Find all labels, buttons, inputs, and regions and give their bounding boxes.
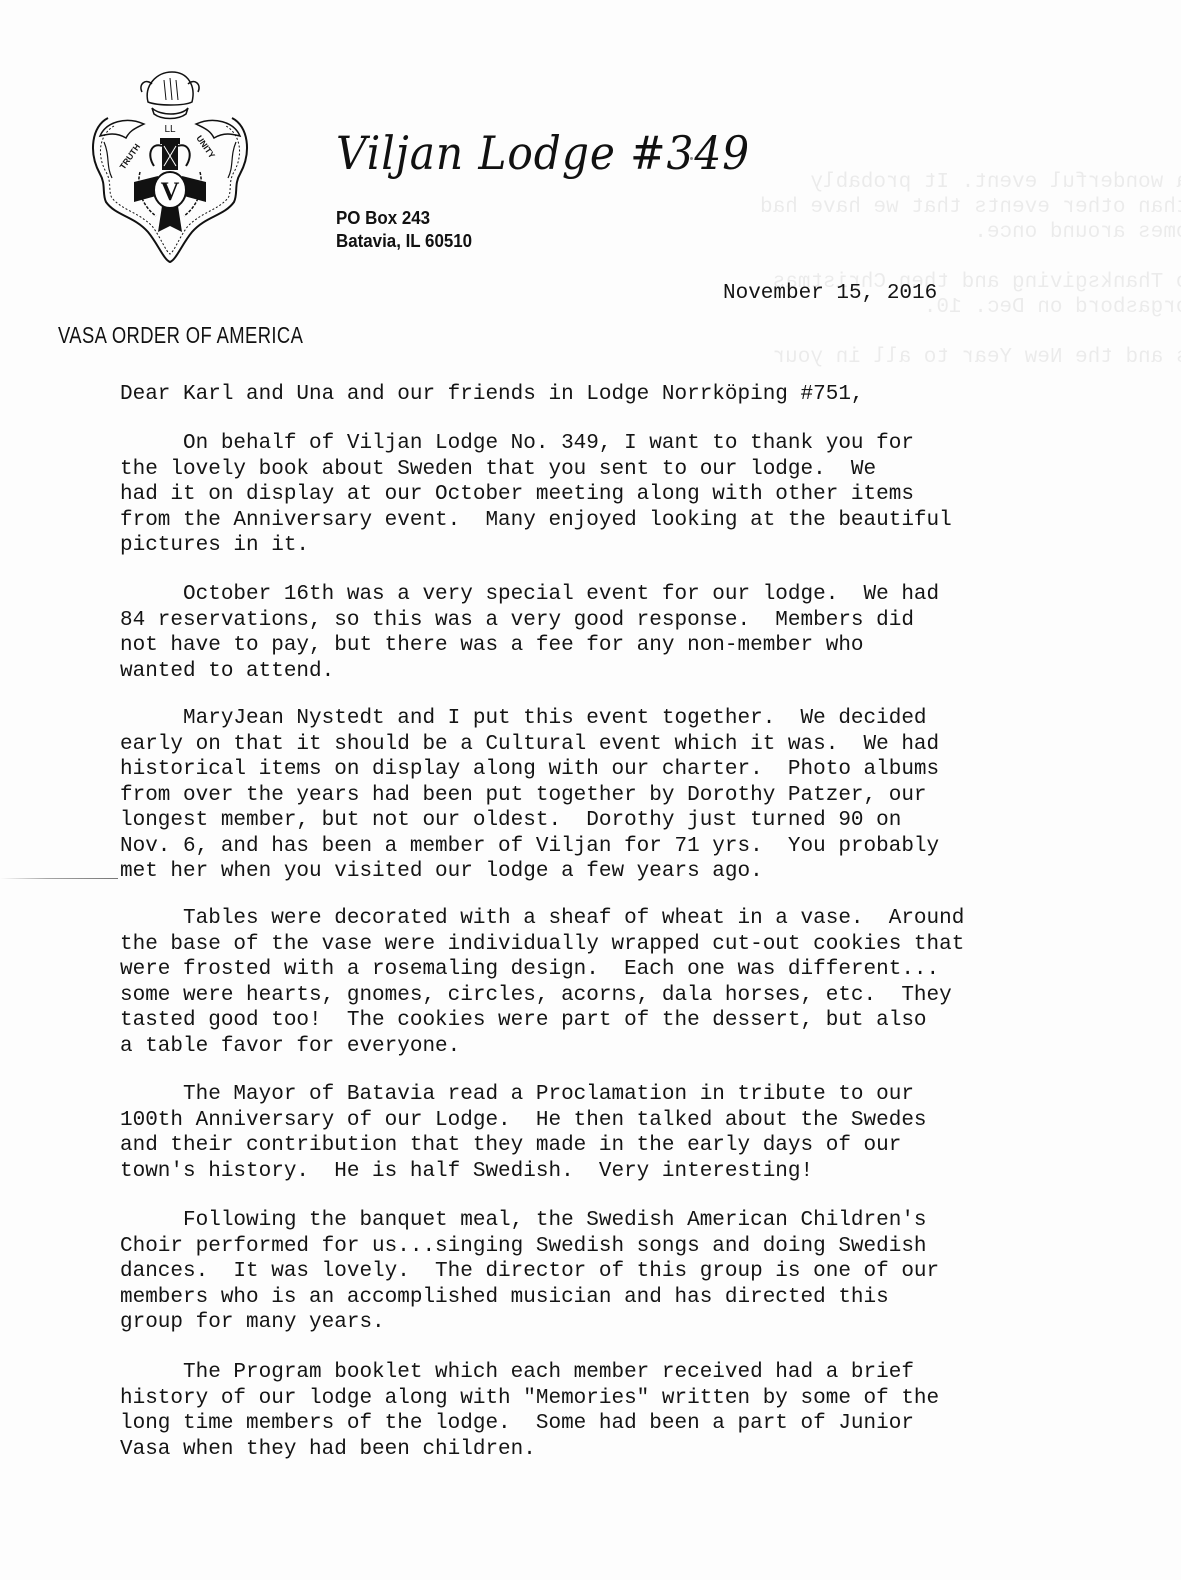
letter-page: Needless to say, it was a wonderful even… xyxy=(0,0,1181,1580)
text-line: long time members of the lodge. Some had… xyxy=(120,1413,914,1434)
text-line: wanted to attend. xyxy=(120,661,334,682)
text-line: not have to pay, but there was a fee for… xyxy=(120,635,864,656)
text-line: met her when you visited our lodge a few… xyxy=(120,861,763,882)
text-line: Following the banquet meal, the Swedish … xyxy=(120,1210,927,1231)
text-line: MaryJean Nystedt and I put this event to… xyxy=(120,708,927,729)
svg-text:TRUTH: TRUTH xyxy=(117,142,142,171)
text-line: the base of the vase were individually w… xyxy=(120,934,964,955)
text-line: had it on display at our October meeting… xyxy=(120,484,914,505)
organization-name: VASA ORDER OF AMERICA xyxy=(58,322,303,349)
text-line: were frosted with a rosemaling design. E… xyxy=(120,959,939,980)
text-line: some were hearts, gnomes, circles, acorn… xyxy=(120,985,952,1006)
address-line-2: Batavia, IL 60510 xyxy=(336,231,472,252)
text-line: historical items on display along with o… xyxy=(120,759,939,780)
text-line: from over the years had been put togethe… xyxy=(120,785,927,806)
text-line: group for many years. xyxy=(120,1312,385,1333)
stray-mark xyxy=(690,157,693,160)
text-line: 100th Anniversary of our Lodge. He then … xyxy=(120,1110,927,1131)
svg-text:LL: LL xyxy=(164,124,176,135)
text-line: Tables were decorated with a sheaf of wh… xyxy=(120,908,964,929)
text-line: dances. It was lovely. The director of t… xyxy=(120,1261,939,1282)
text-line: pictures in it. xyxy=(120,535,309,556)
address-line-1: PO Box 243 xyxy=(336,208,430,229)
text-line: On behalf of Viljan Lodge No. 349, I wan… xyxy=(120,433,914,454)
text-line: The Program booklet which each member re… xyxy=(120,1362,914,1383)
text-line: early on that it should be a Cultural ev… xyxy=(120,734,939,755)
text-line: The Mayor of Batavia read a Proclamation… xyxy=(120,1084,914,1105)
salutation: Dear Karl and Una and our friends in Lod… xyxy=(120,384,864,405)
lodge-name: Viljan Lodge #349 xyxy=(336,126,750,180)
text-line: October 16th was a very special event fo… xyxy=(120,584,939,605)
text-line: Nov. 6, and has been a member of Viljan … xyxy=(120,836,939,857)
text-line: town's history. He is half Swedish. Very… xyxy=(120,1161,813,1182)
text-line: a table favor for everyone. xyxy=(120,1036,460,1057)
svg-text:V: V xyxy=(161,177,180,206)
vasa-order-crest-icon: LL TRUTH UNITY V xyxy=(86,66,254,266)
text-line: from the Anniversary event. Many enjoyed… xyxy=(120,510,952,531)
letter-date: November 15, 2016 xyxy=(723,283,937,304)
text-line: longest member, but not our oldest. Doro… xyxy=(120,810,901,831)
text-line: Choir performed for us...singing Swedish… xyxy=(120,1236,927,1257)
text-line: and their contribution that they made in… xyxy=(120,1135,901,1156)
text-line: members who is an accomplished musician … xyxy=(120,1287,889,1308)
text-line: the lovely book about Sweden that you se… xyxy=(120,459,876,480)
text-line: Vasa when they had been children. xyxy=(120,1439,536,1460)
text-line: history of our lodge along with "Memorie… xyxy=(120,1388,939,1409)
text-line: tasted good too! The cookies were part o… xyxy=(120,1010,927,1031)
fold-crease xyxy=(0,878,118,879)
text-line: 84 reservations, so this was a very good… xyxy=(120,610,914,631)
